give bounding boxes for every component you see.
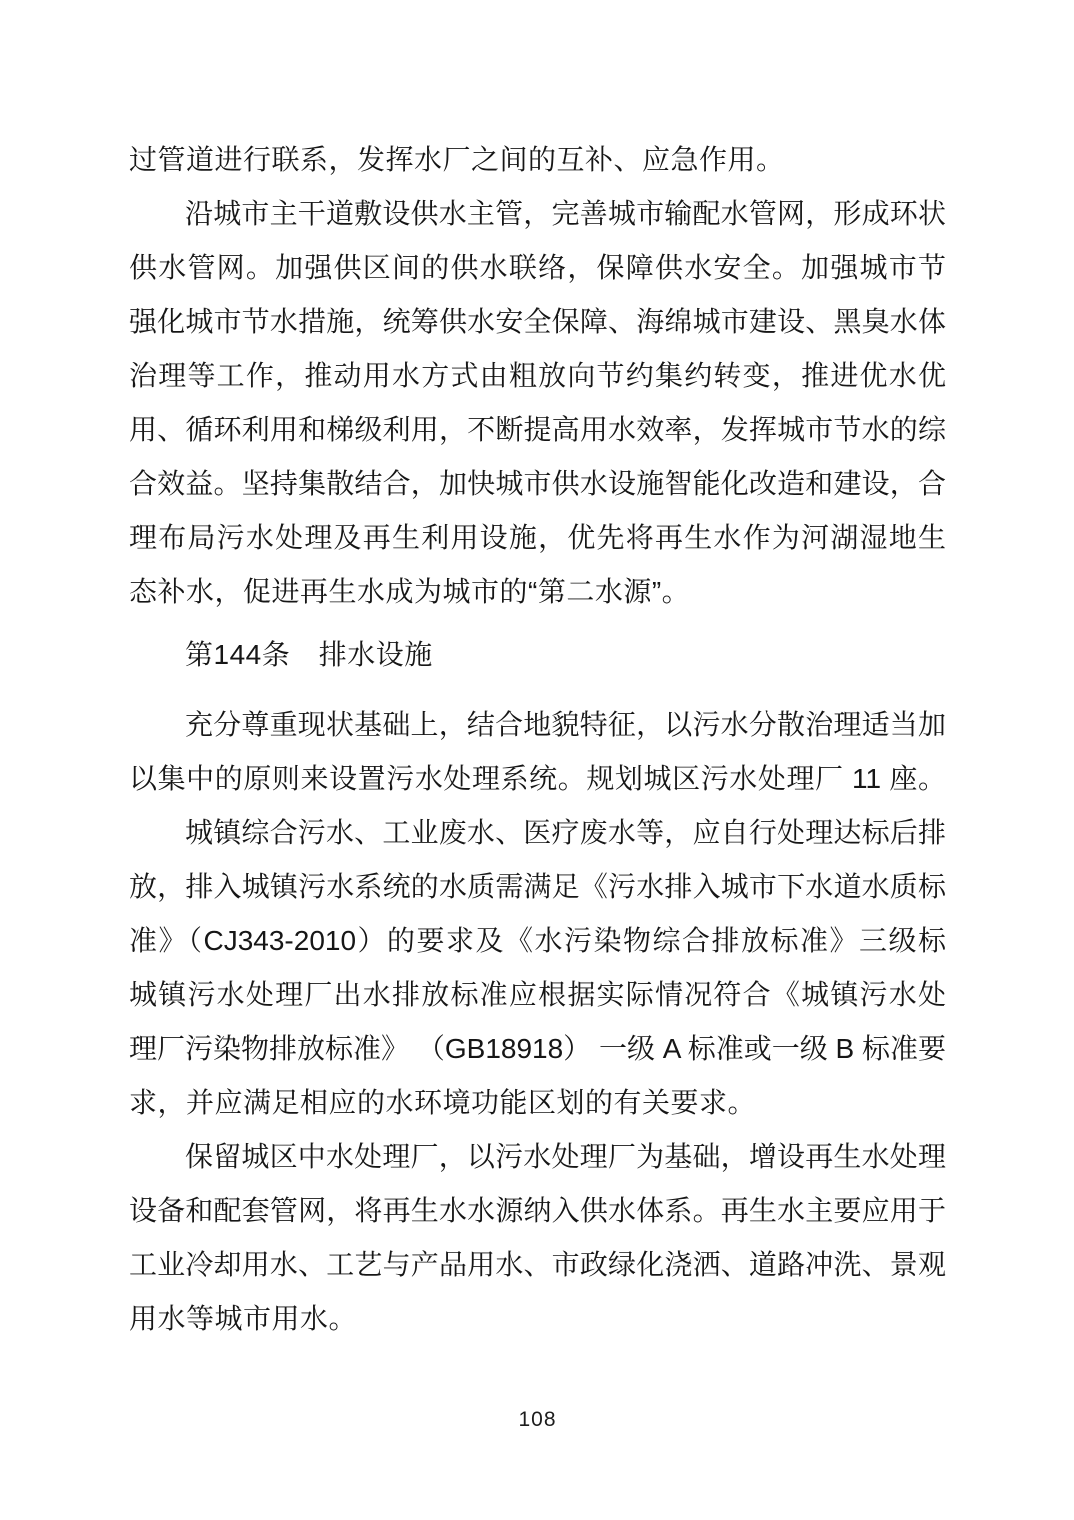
page-number: 108 [129, 1408, 946, 1432]
text-line: 沿城市主干道敷设供水主管，完善城市输配水管网，形成环状 [129, 187, 946, 241]
text-line: 理厂污染物排放标准》 （GB18918） 一级 A 标准或一级 B 标准要 [129, 1022, 946, 1076]
text-line: 准》（CJ343-2010）的要求及《水污染物综合排放标准》三级标准。 [129, 914, 946, 968]
text-line: 理布局污水处理及再生利用设施，优先将再生水作为河湖湿地生 [129, 511, 946, 565]
text-line: 城镇污水处理厂出水排放标准应根据实际情况符合《城镇污水处 [129, 968, 946, 1022]
document-page: 过管道进行联系，发挥水厂之间的互补、应急作用。 沿城市主干道敷设供水主管，完善城… [0, 0, 1074, 1520]
text-line: 供水管网。加强供区间的供水联络，保障供水安全。加强城市节水， [129, 241, 946, 295]
text-line: 放，排入城镇污水系统的水质需满足《污水排入城市下水道水质标 [129, 860, 946, 914]
text-line: 求，并应满足相应的水环境功能区划的有关要求。 [129, 1076, 946, 1130]
section-heading: 第144条 排水设施 [129, 628, 946, 682]
text-line: 强化城市节水措施，统筹供水安全保障、海绵城市建设、黑臭水体 [129, 295, 946, 349]
text-line: 用、循环利用和梯级利用，不断提高用水效率，发挥城市节水的综 [129, 403, 946, 457]
text-line: 设备和配套管网，将再生水水源纳入供水体系。再生水主要应用于 [129, 1184, 946, 1238]
text-line: 以集中的原则来设置污水处理系统。规划城区污水处理厂 11 座。 [129, 752, 946, 806]
text-line: 用水等城市用水。 [129, 1292, 946, 1346]
text-line: 城镇综合污水、工业废水、医疗废水等，应自行处理达标后排 [129, 806, 946, 860]
text-line: 治理等工作，推动用水方式由粗放向节约集约转变，推进优水优 [129, 349, 946, 403]
text-line: 过管道进行联系，发挥水厂之间的互补、应急作用。 [129, 133, 946, 187]
text-line: 工业冷却用水、工艺与产品用水、市政绿化浇洒、道路冲洗、景观 [129, 1238, 946, 1292]
text-line: 合效益。坚持集散结合，加快城市供水设施智能化改造和建设，合 [129, 457, 946, 511]
text-line: 充分尊重现状基础上，结合地貌特征，以污水分散治理适当加 [129, 698, 946, 752]
text-line: 保留城区中水处理厂，以污水处理厂为基础，增设再生水处理 [129, 1130, 946, 1184]
text-line: 态补水，促进再生水成为城市的“第二水源”。 [129, 565, 946, 619]
